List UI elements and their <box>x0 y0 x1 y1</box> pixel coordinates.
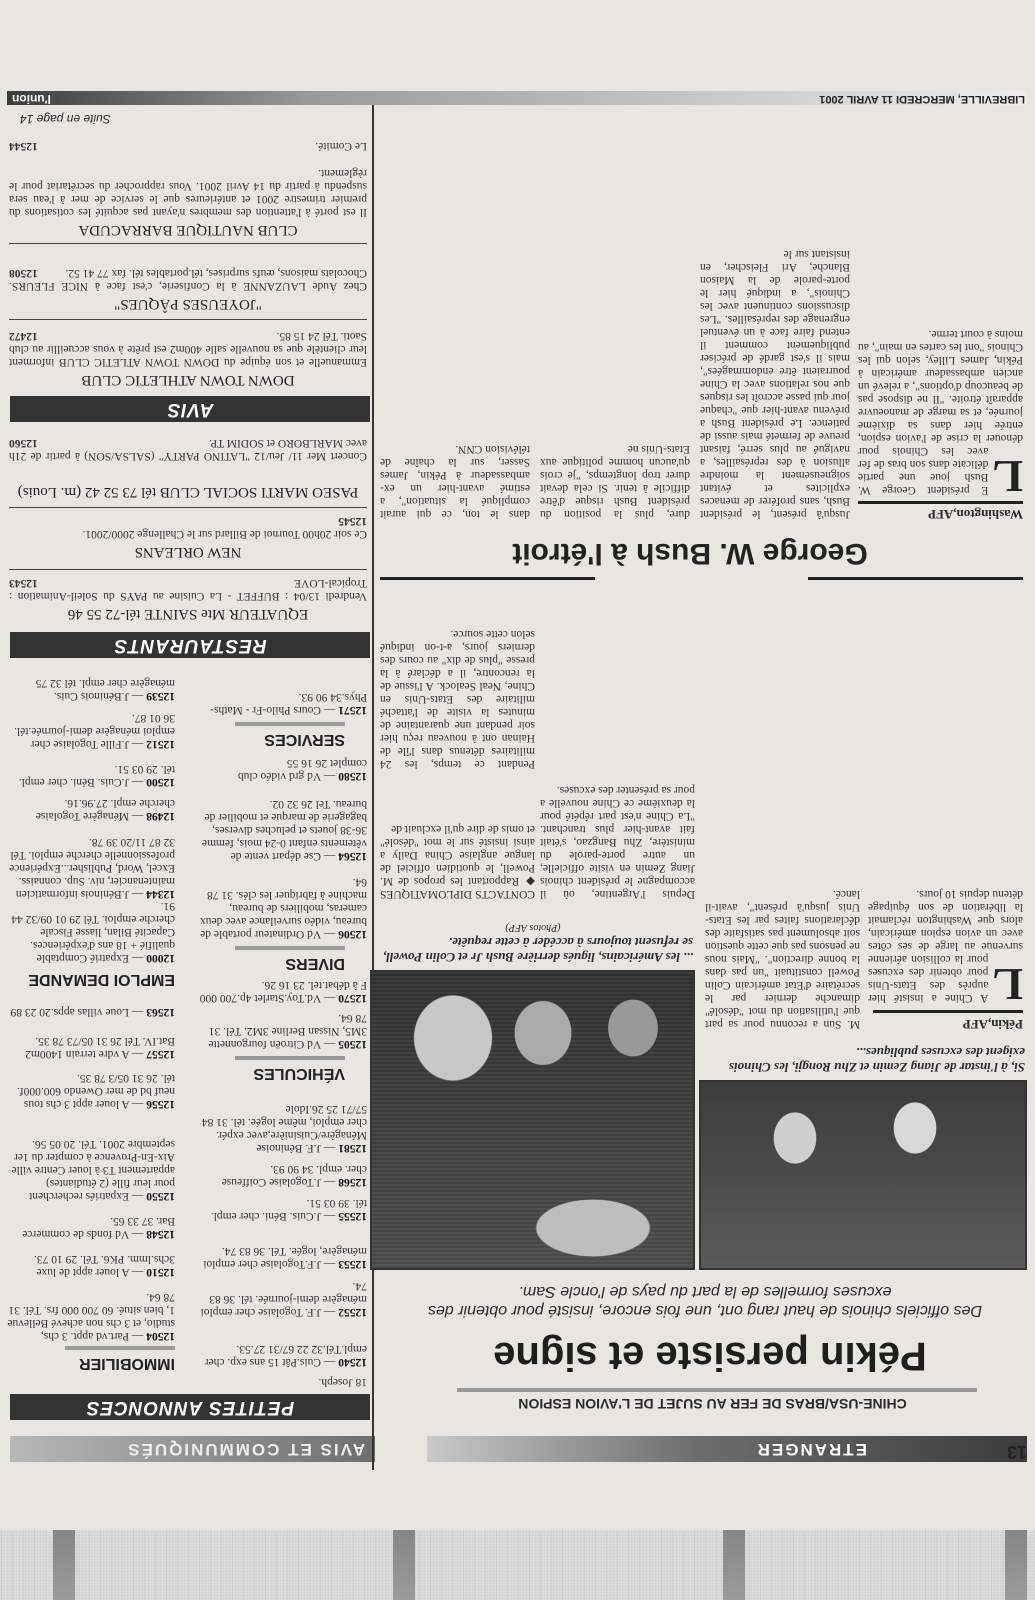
notice-ref: 12560 <box>9 436 38 449</box>
classified-ad: 12550 — Expatriés recherchent pour leur … <box>7 1137 175 1202</box>
continued-note: Suite en page 14 <box>20 112 111 126</box>
scanner-artifact <box>53 1530 75 1600</box>
notice-title: NEW ORLEANS <box>9 543 367 560</box>
photo-caption: Si, à l'instar de Jiang Zemin et Zhu Ron… <box>697 1045 1025 1075</box>
heading-rule <box>65 1346 175 1350</box>
paragraph: Le président Bush a prévenu avant-hier q… <box>700 248 850 429</box>
article-column: CONTACTS DIPLOMATIQUES ◆ Rapportant les … <box>380 780 535 900</box>
heading-rule <box>235 946 345 950</box>
notice-body: Vendredi 13/04 : BUFFET - La Cuisine au … <box>9 576 367 602</box>
classified-ad: 12581 — J.F. Béninoise Ménagère/Cuisiniè… <box>199 1102 367 1154</box>
paragraph: M. Sun a reconnu pour sa part que l'util… <box>705 888 860 1030</box>
classified-ad: 12555 — J.Cuis. Béni. cher empl. tél. 39… <box>199 1196 367 1222</box>
paragraph: Jusqu'à présent, le président Bush, sans… <box>700 417 850 520</box>
article-column: dure, plus la position du président Bush… <box>540 115 690 520</box>
notice-title: DOWN TOWN ATHLETIC CLUB <box>9 371 367 388</box>
notice-body: Emmanuelle et son équipe du DOWN TOWN AT… <box>9 329 367 368</box>
dateline: Washington,AFP <box>928 506 1023 522</box>
article-column: dans le ton, ce qui aurait compliqué la … <box>380 115 530 520</box>
drop-cap: L <box>992 964 1023 1004</box>
category-heading-immobilier: IMMOBILIER <box>79 1354 175 1372</box>
drop-cap: L <box>992 456 1023 496</box>
dateline-rule <box>858 501 1023 504</box>
paragraph: dure, plus la position du président Bush… <box>540 443 690 520</box>
avis-banner: AVIS <box>10 396 370 422</box>
notice-title: "JOYEUSES PÂQUES" <box>9 295 367 312</box>
notice-body: Concert Mer 11/ Jeu/12 "LATINO PARTY" (S… <box>9 436 367 462</box>
intro-tail: 18 Joseph. <box>197 1375 367 1388</box>
category-heading-services: SERVICES <box>264 730 345 748</box>
classified-ad: 12539 — J.Béninois Cuis. ménagère cher e… <box>7 676 175 702</box>
notice-title: PASEO MARTI SOCIAL CLUB tél 73 52 42 (m.… <box>9 483 367 500</box>
scanner-artifact <box>723 1530 745 1600</box>
classified-ad: 12556 — A louer appt 3 chs tous neuf bd … <box>7 1071 175 1110</box>
notice-divider <box>9 243 367 244</box>
classified-ad: 12500 — J.Cuis. Béni. cher empl. tél. 29… <box>7 762 175 788</box>
classified-ad: 12563 — Loue villas apps.20 23 89 <box>7 1005 175 1018</box>
article-column: L E président George W. Bush joue une pa… <box>858 116 1023 496</box>
classified-ad: 12505 — Vd Citroën fourgonnette 3M5, Nis… <box>199 1011 367 1050</box>
petites-annonces-banner: PETITES ANNONCES <box>10 1394 370 1420</box>
notice-signature: Le Comité. 12544 <box>9 139 367 152</box>
paragraph: CONTACTS DIPLOMATIQUES ◆ Rapportant les … <box>380 823 535 900</box>
restaurants-banner: RESTAURANTS <box>10 632 370 658</box>
photo-credit: (Photos AFP) <box>373 920 693 935</box>
headline-rule <box>380 577 595 580</box>
classified-ad: 12571 — Cours Philo-Fr - Maths-Phys.34 9… <box>199 690 367 716</box>
article-column: Depuis l'Argentine, où il accompagne le … <box>540 580 695 900</box>
classified-ad: 12344 — J.Béninois informaticien mainten… <box>7 835 175 900</box>
headline-bush: George W. Bush à l'étroit <box>375 536 1005 570</box>
classified-ad: 12540 — Cuis.Pât 15 ans exp. cher empl.T… <box>199 1342 367 1368</box>
notice-divider <box>9 319 367 320</box>
article-column: Pendant ce temps, les 24 militaires déte… <box>380 585 535 770</box>
scanner-noise-band <box>0 1530 1035 1600</box>
section-label: ETRANGER <box>756 1439 867 1459</box>
section-bar-etranger: ETRANGER <box>427 1436 1027 1462</box>
photo-jiang-zemin <box>699 1080 1027 1270</box>
classified-ad: 12506 — Vd Ordinateur portable de bureau… <box>199 875 367 940</box>
notice-ref: 12545 <box>338 515 367 527</box>
category-heading-divers: DIVERS <box>285 954 345 972</box>
classified-ad: 12548 — Vd fonds de commerce Bar. 37 33 … <box>7 1214 175 1240</box>
heading-rule <box>235 722 345 726</box>
classified-ad: 12564 — Cse départ vente de vêtements en… <box>199 797 367 862</box>
classified-ad: 12570 — Vd.Toy.Starlet 4p.700 000 F à dé… <box>199 978 367 1004</box>
notice-divider <box>9 569 367 570</box>
notice-title: CLUB NAUTIQUE BARRACUDA <box>9 221 367 238</box>
category-heading-emploi-demande: EMPLOI DEMANDE <box>28 970 175 988</box>
dateline: Pékin,AFP <box>963 1016 1023 1032</box>
article-column: M. Sun a reconnu pour sa part que l'util… <box>705 585 860 1030</box>
category-heading-vehicules: VÉHICULES <box>253 1064 345 1082</box>
photo-bush-powell <box>370 970 695 1270</box>
scanner-artifact <box>1005 1530 1027 1600</box>
classified-ad: 12504 — Part.vd appt. 3 chs, studio, et … <box>7 1290 175 1342</box>
section-bar-avis-communiques: AVIS ET COMMUNIQUÉS <box>10 1436 375 1462</box>
notice-ref: 12472 <box>9 329 38 342</box>
scanner-artifact <box>393 1530 415 1600</box>
dateline-rule <box>873 1010 1023 1013</box>
classified-ad: 12510 — A louer appt de luxe 3chs.lmm. P… <box>7 1252 175 1278</box>
caption-text: ... les Américains, ligués derrière Bush… <box>383 935 693 965</box>
classified-ad: 12568 — J.Togolaise Coiffeuse cher. empl… <box>199 1162 367 1188</box>
footer-dateline: LIBREVILLE, MERCREDI 11 AVRIL 2001 <box>819 93 1025 105</box>
classified-ad: 12512 — J.Fille Togolaise cher emploi mé… <box>7 711 175 750</box>
notice-body: Il est porté à l'attention des membres n… <box>9 166 367 218</box>
notice-title: EQUATEUR Mte SAINTE tél-72 55 46 <box>9 605 367 622</box>
paragraph: Pendant ce temps, les 24 militaires déte… <box>380 628 535 770</box>
notice-body: Ce soir 20h00 Tournoi de Billard sur le … <box>9 514 367 540</box>
classified-ad: 12580 — Vd grd vidéo club complet 26 16 … <box>199 756 367 782</box>
classified-ad: 12000 — Expatrié Comptable qualifié + 18… <box>7 899 175 964</box>
heading-rule <box>235 1056 345 1060</box>
paragraph: Depuis l'Argentine, où il accompagne le … <box>540 784 695 900</box>
headline-rule <box>808 577 1023 580</box>
notice-ref: 12508 <box>9 266 38 279</box>
article-column: Jusqu'à présent, le président Bush, sans… <box>700 115 850 520</box>
section-label: AVIS ET COMMUNIQUÉS <box>126 1439 365 1459</box>
photo-caption: ... les Américains, ligués derrière Bush… <box>373 920 693 965</box>
deck: Des officiels chinois de haut rang ont, … <box>405 1282 1005 1320</box>
kicker-rule <box>457 1388 977 1392</box>
newspaper-brand: l'union <box>12 92 51 106</box>
classified-ad: 12498 — Ménagère Togolaise cherche empl.… <box>7 796 175 822</box>
newspaper-page: ETRANGER 13 AVIS ET COMMUNIQUÉS CHINE-US… <box>0 0 1035 1600</box>
classified-ad: 12552 — J.F. Togolaise cher emploi ménag… <box>199 1279 367 1318</box>
notice-ref: 12543 <box>9 576 38 589</box>
kicker: CHINE-USA/BRAS DE FER AU SUJET DE L'AVIO… <box>435 1396 990 1412</box>
notice-ref: 12544 <box>9 139 38 152</box>
notice-body: Chez Aude LAUZANNE à la Confiserie, c'es… <box>9 266 367 292</box>
classified-ad: 12557 — A vdre terrain 1400m2 Bat.IV. Té… <box>7 1034 175 1060</box>
headline-pekin: Pékin persiste et signe <box>430 1333 990 1378</box>
paragraph: dans le ton, ce qui aurait compliqué la … <box>380 443 530 520</box>
page-number: 13 <box>1007 1441 1027 1462</box>
classified-ad: 12553 — J.F.Togolaise cher emploi ménagè… <box>199 1244 367 1270</box>
notice-divider <box>9 507 367 508</box>
article-column: L A Chine a insisté hier auprès des Etat… <box>868 584 1023 1004</box>
